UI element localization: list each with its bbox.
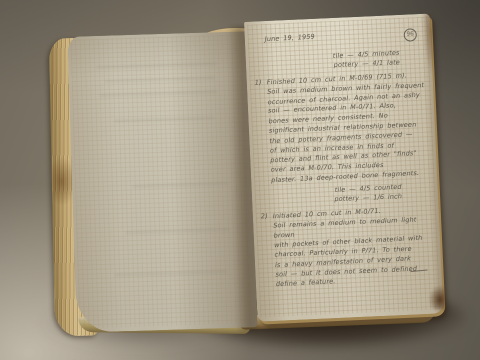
- page-number-badge: 96: [403, 28, 417, 42]
- handwritten-content: June 19, 1959 96 tile — 4/5 minutespotte…: [253, 26, 435, 311]
- corner-stain: [428, 285, 445, 310]
- entry-text: Finished 10 cm cut in M-0/69 (715 m).Soi…: [267, 71, 430, 186]
- edge-stain: [423, 14, 434, 74]
- photo-scene: June 19, 1959 96 tile — 4/5 minutespotte…: [0, 0, 480, 360]
- entry-text: Initiated 10 cm cut in M-0/71.Soil remai…: [273, 204, 434, 289]
- journal-entry-1: 1) Finished 10 cm cut in M-0/69 (715 m).…: [255, 71, 430, 186]
- right-page-written: June 19, 1959 96 tile — 4/5 minutespotte…: [244, 14, 443, 322]
- margin-note-top: tile — 4/5 minutespottery — 4/1 late: [254, 48, 425, 74]
- journal-entry-2: 2) Initiated 10 cm cut in M-0/71.Soil re…: [261, 204, 434, 290]
- entry-date: June 19, 1959: [265, 33, 316, 45]
